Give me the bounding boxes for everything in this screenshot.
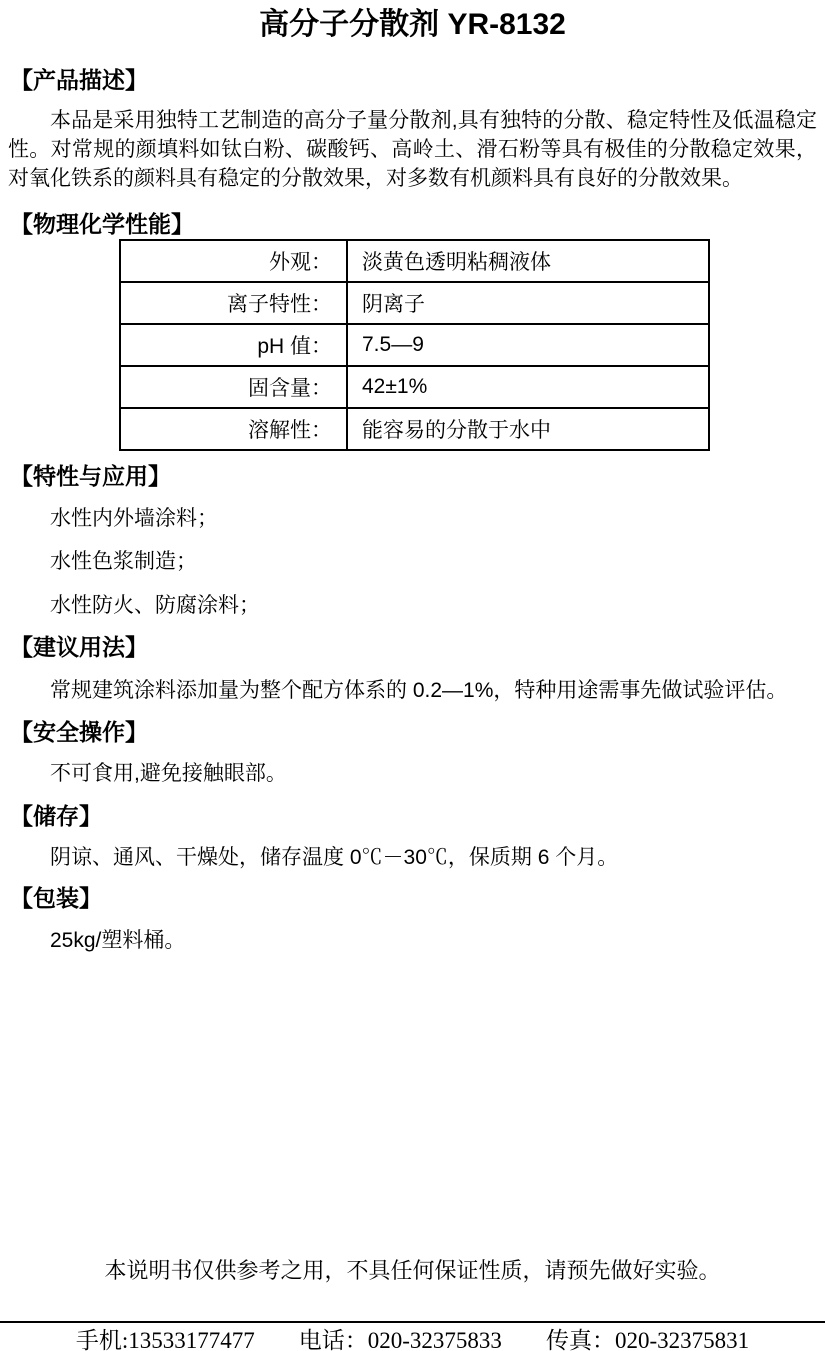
property-label: 溶解性： (120, 408, 347, 450)
page-title: 高分子分散剂 YR-8132 (0, 0, 825, 44)
feature-list-item: 水性内外墙涂料； (0, 504, 825, 533)
product-desc-paragraph: 本品是采用独特工艺制造的高分子量分散剂,具有独特的分散、稳定特性及低温稳定性。对… (0, 106, 825, 193)
product-datasheet-page: { "colors": { "text": "#000000", "backgr… (0, 0, 825, 1351)
section-heading-usage: 【建议用法】 (0, 632, 825, 662)
footer-contact-bar: 手机:13533177477 电话：020-32375833 传真：020-32… (0, 1321, 825, 1351)
table-row-solubility: 溶解性： 能容易的分散于水中 (120, 408, 709, 450)
table-row-solid-content: 固含量： 42±1% (120, 366, 709, 408)
property-value: 7.5—9 (347, 324, 709, 366)
property-value: 淡黄色透明粘稠液体 (347, 240, 709, 282)
property-value: 42±1% (347, 366, 709, 408)
section-heading-properties: 【物理化学性能】 (0, 209, 825, 239)
footer-fax: 传真：020-32375831 (546, 1328, 749, 1351)
property-label: 外观： (120, 240, 347, 282)
property-value: 能容易的分散于水中 (347, 408, 709, 450)
footer-mobile: 手机:13533177477 (76, 1328, 255, 1351)
property-label: pH 值： (120, 324, 347, 366)
property-label: 固含量： (120, 366, 347, 408)
usage-paragraph: 常规建筑涂料添加量为整个配方体系的 0.2—1%，特种用途需事先做试验评估。 (0, 676, 825, 705)
storage-paragraph: 阴谅、通风、干燥处，储存温度 0℃－30℃，保质期 6 个月。 (0, 843, 825, 872)
table-row-appearance: 外观： 淡黄色透明粘稠液体 (120, 240, 709, 282)
section-heading-product-desc: 【产品描述】 (0, 65, 825, 95)
table-row-ph: pH 值： 7.5—9 (120, 324, 709, 366)
section-heading-safety: 【安全操作】 (0, 717, 825, 747)
properties-table: 外观： 淡黄色透明粘稠液体 离子特性： 阴离子 pH 值： 7.5—9 固含量：… (119, 239, 710, 451)
property-label: 离子特性： (120, 282, 347, 324)
section-heading-features: 【特性与应用】 (0, 461, 825, 491)
section-heading-packaging: 【包装】 (0, 883, 825, 913)
disclaimer-text: 本说明书仅供参考之用，不具任何保证性质，请预先做好实验。 (0, 1258, 825, 1284)
property-value: 阴离子 (347, 282, 709, 324)
table-row-ionicity: 离子特性： 阴离子 (120, 282, 709, 324)
feature-list-item: 水性色浆制造； (0, 547, 825, 576)
footer-phone: 电话：020-32375833 (299, 1328, 502, 1351)
feature-list-item: 水性防火、防腐涂料； (0, 591, 825, 620)
section-heading-storage: 【储存】 (0, 801, 825, 831)
packaging-paragraph: 25kg/塑料桶。 (0, 926, 825, 955)
safety-paragraph: 不可食用,避免接触眼部。 (0, 759, 825, 788)
